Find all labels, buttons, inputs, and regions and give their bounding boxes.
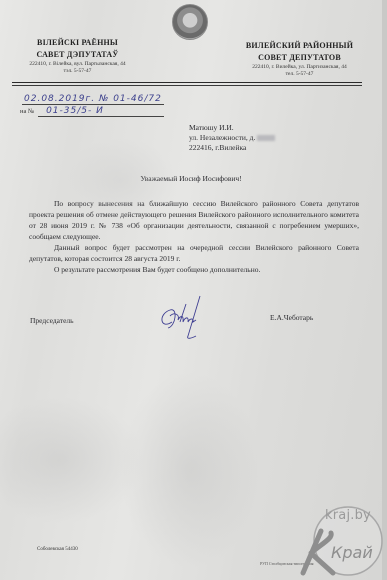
addressee-street-line: ул. Незалежности, д.: [189, 133, 275, 143]
letterhead-belarusian: ВІЛЕЙСКІ РАЁННЫ САВЕТ ДЭПУТАТАЎ 222410, …: [10, 37, 145, 75]
outgoing-reference: 02.08.2019г. № 01-46/72: [22, 94, 164, 104]
body-paragraph: О результате рассмотрения Вам будет сооб…: [29, 264, 359, 275]
redacted-house-number: [257, 135, 275, 141]
org-address: 222410, г. Вилейка, ул. Партизанская, 44: [232, 64, 367, 71]
addressee-city: 222416, г.Вилейка: [189, 143, 275, 153]
org-name-line2: САВЕТ ДЭПУТАТАЎ: [10, 49, 145, 61]
org-address: 222410, г. Вілейка, вул. Партызанская, 4…: [10, 61, 145, 68]
signatory-name: Е.А.Чеботарь: [270, 313, 313, 322]
org-name-line2: СОВЕТ ДЕПУТАТОВ: [232, 52, 367, 64]
incoming-label: на №: [20, 108, 34, 115]
svg-text:Край: Край: [331, 543, 373, 562]
letter-page: ВІЛЕЙСКІ РАЁННЫ САВЕТ ДЭПУТАТАЎ 222410, …: [0, 0, 382, 580]
org-name-line1: ВИЛЕЙСКИЙ РАЙОННЫЙ: [232, 40, 367, 52]
salutation: Уважаемый Иосиф Иосифович!: [0, 174, 382, 183]
addressee-street: ул. Незалежности, д.: [189, 133, 255, 142]
incoming-reference: на № 01-35/5- И: [20, 106, 164, 117]
handwritten-signature-icon: [150, 292, 230, 342]
header-divider: [12, 82, 362, 83]
letter-body: По вопросу вынесения на ближайшую сессию…: [29, 198, 359, 275]
body-paragraph: Данный вопрос будет рассмотрен на очеред…: [29, 242, 359, 264]
executor-info: Соболевская 54430: [37, 547, 78, 552]
coat-of-arms-icon: [172, 4, 208, 40]
addressee-block: Матюшу И.И. ул. Незалежности, д. 222416,…: [189, 123, 275, 153]
addressee-name: Матюшу И.И.: [189, 123, 275, 133]
org-name-line1: ВІЛЕЙСКІ РАЁННЫ: [10, 37, 145, 49]
org-phone: тэл. 5-57-47: [10, 68, 145, 75]
header-divider-thin: [12, 85, 362, 86]
org-phone: тел. 5-57-47: [232, 71, 367, 78]
body-paragraph: По вопросу вынесения на ближайшую сессию…: [29, 198, 359, 242]
signatory-title: Председатель: [30, 316, 74, 325]
letterhead-russian: ВИЛЕЙСКИЙ РАЙОННЫЙ СОВЕТ ДЕПУТАТОВ 22241…: [232, 40, 367, 78]
incoming-number: 01-35/5- И: [38, 106, 164, 117]
watermark-url: kraj.by: [325, 508, 371, 523]
